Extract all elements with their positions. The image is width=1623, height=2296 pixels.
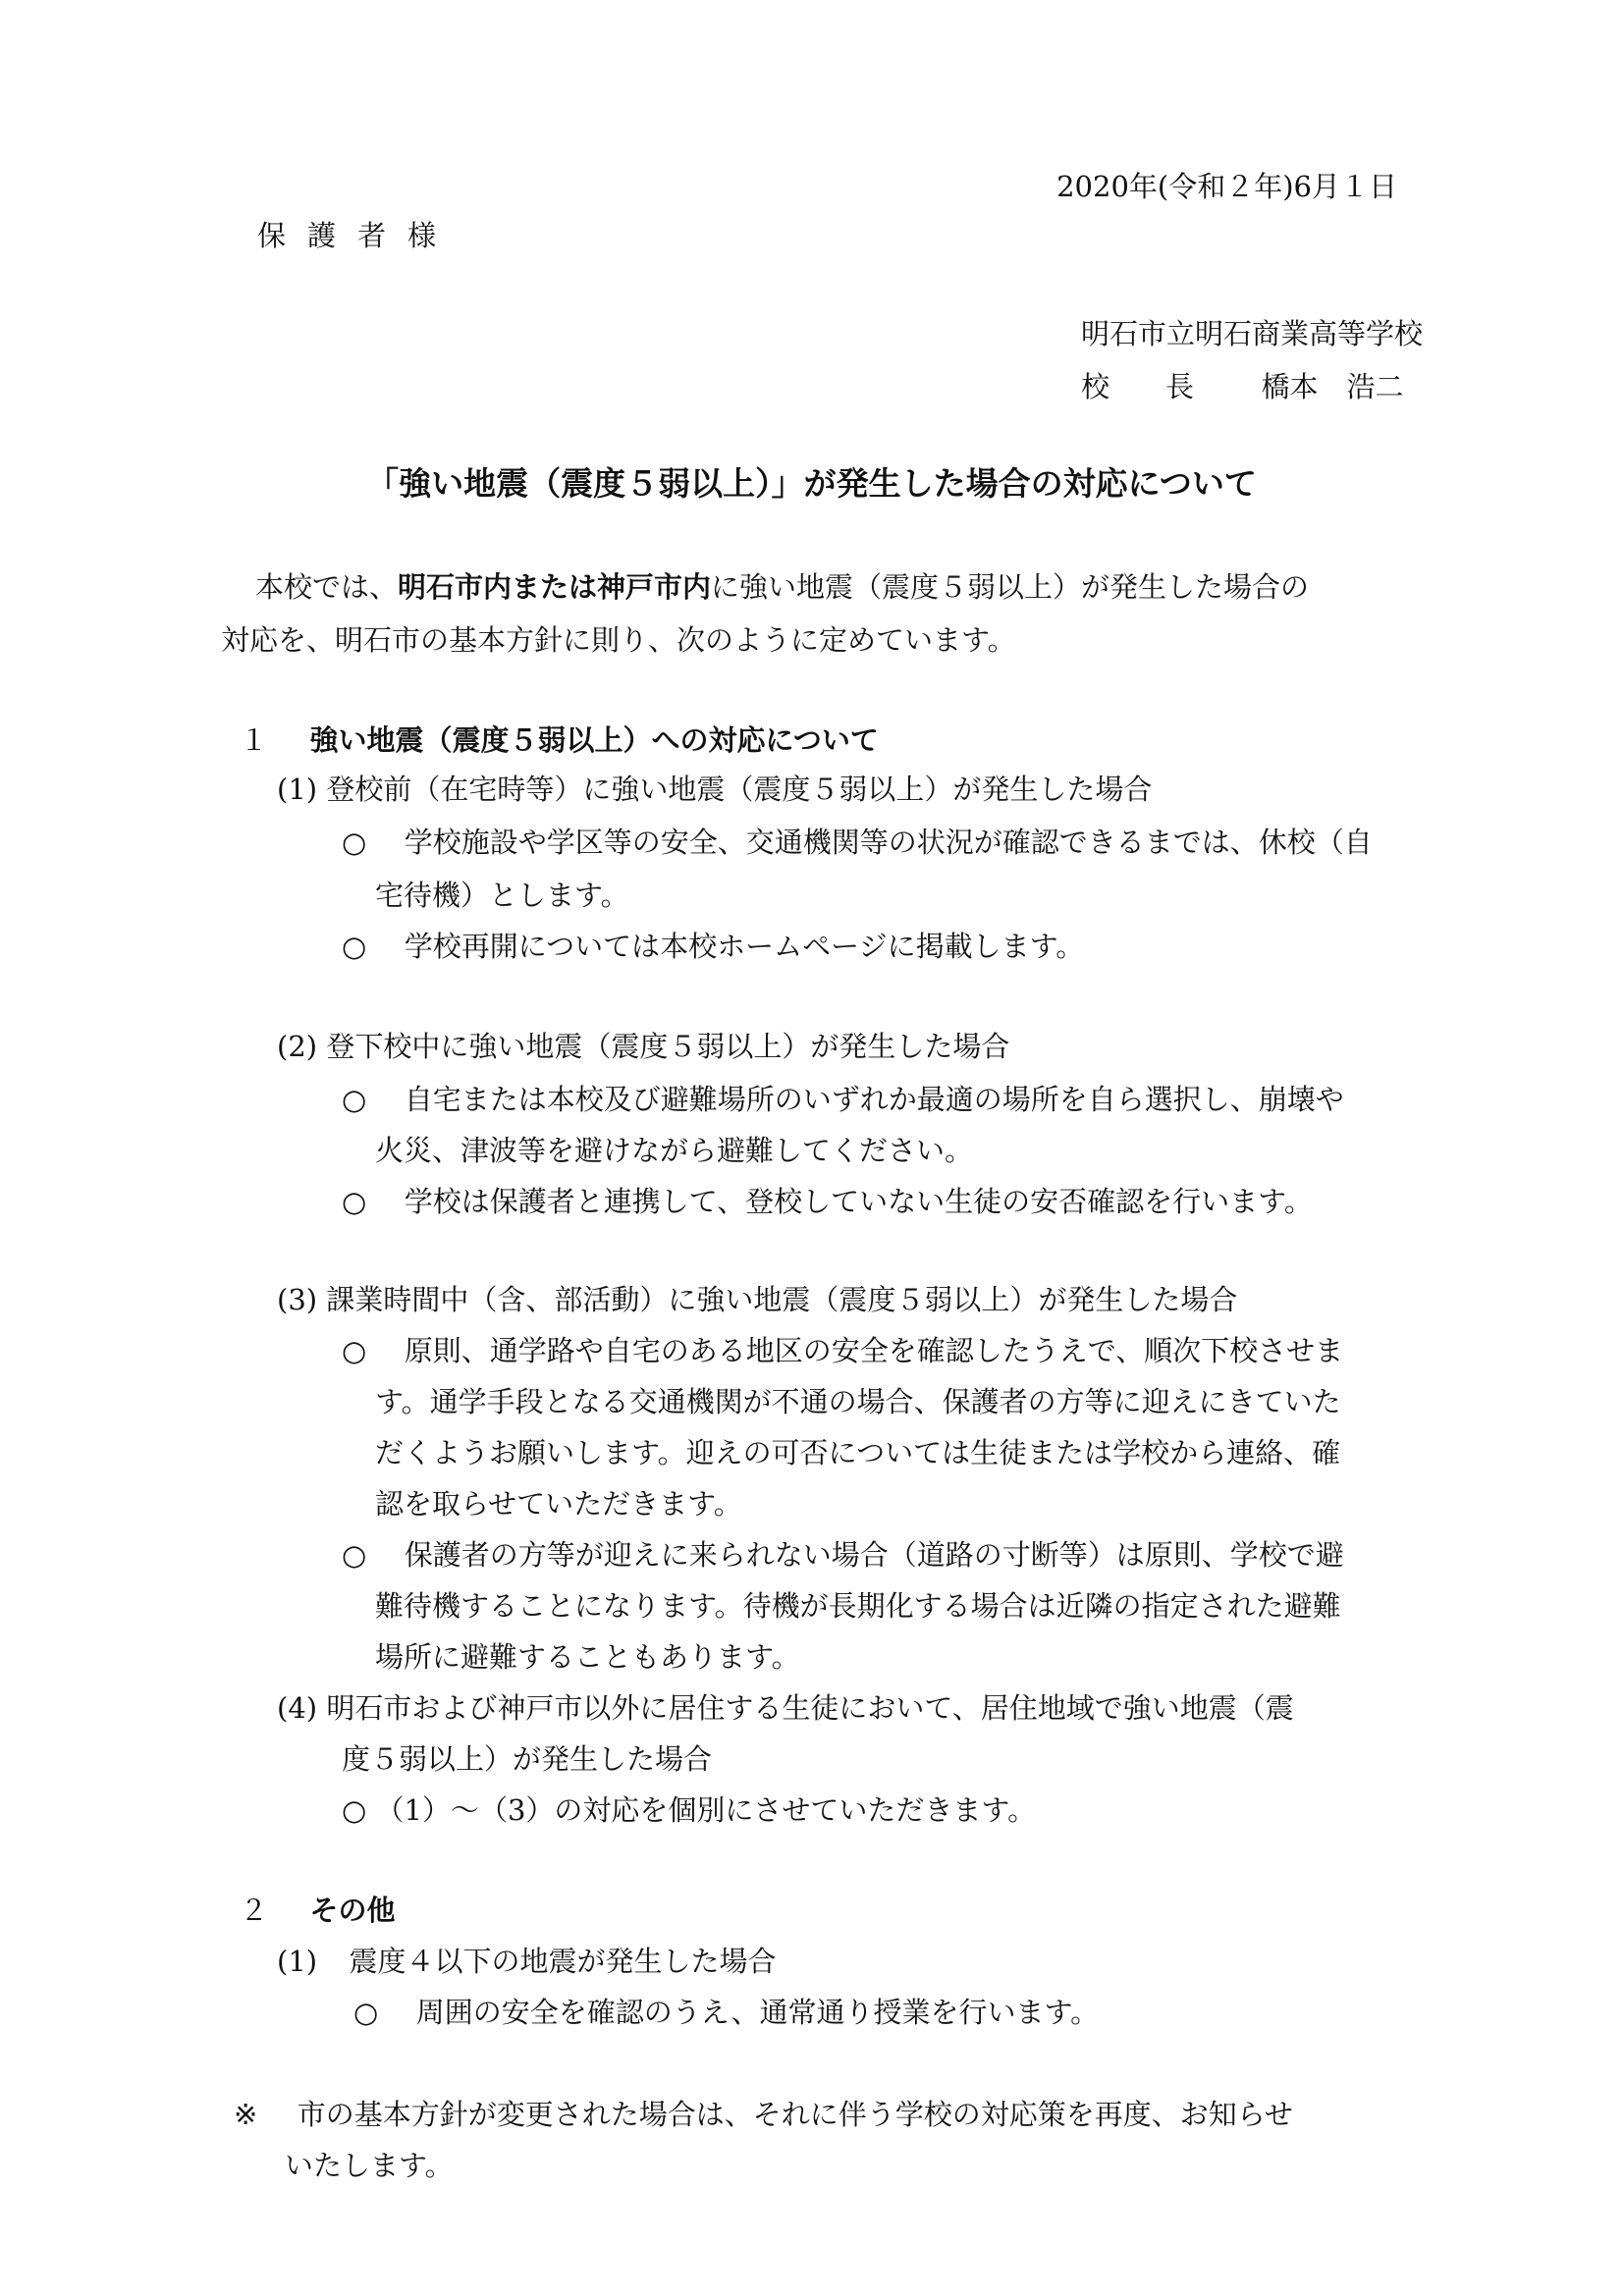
- item-text: 明石市および神戸市以外に居住する生徒において、居住地域で強い地震（震: [326, 1691, 1293, 1725]
- bullet-item: ○ 学校は保護者と連携して、登校していない生徒の安否確認を行います。: [342, 1184, 1313, 1219]
- bullet-item: ○ 保護者の方等が迎えに来られない場合（道路の寸断等）は原則、学校で避: [342, 1537, 1344, 1573]
- item-2-heading: (2) 登下校中に強い地震（震度５弱以上）が発生した場合: [277, 1029, 1009, 1064]
- intro-emphasis: 明石市内または神戸市内: [398, 570, 711, 604]
- section-number: １: [240, 723, 268, 757]
- item-label: (1): [277, 773, 317, 806]
- item-label: (3): [277, 1283, 317, 1316]
- bullet-text: 自宅または本校及び避難場所のいずれか最適の場所を自ら選択し、崩壊や: [405, 1083, 1344, 1116]
- item-text: 登下校中に強い地震（震度５弱以上）が発生した場合: [326, 1030, 1009, 1063]
- circle-bullet-icon: ○: [342, 826, 366, 859]
- section-2-heading: ２ その他: [240, 1893, 395, 1928]
- document-title: 「強い地震（震度５弱以上）」が発生した場合の対応について: [0, 466, 1623, 502]
- principal-name: 橋本 浩二: [1261, 370, 1403, 403]
- bullet-text: 原則、通学路や自宅のある地区の安全を確認したうえで、順次下校させま: [405, 1334, 1343, 1367]
- circle-bullet-icon: ○: [342, 1538, 366, 1572]
- bullet-text: （1）～（3）の対応を個別にさせていただきます。: [376, 1793, 1037, 1827]
- intro-line-1: 本校では、明石市内または神戸市内に強い地震（震度５弱以上）が発生した場合の: [255, 569, 1309, 605]
- bullet-text: 学校は保護者と連携して、登校していない生徒の安否確認を行います。: [405, 1185, 1313, 1218]
- recipient: 保護者様: [257, 218, 458, 253]
- bullet-continuation: だくようお願いします。迎えの可否については生徒または学校から連絡、確: [375, 1435, 1340, 1470]
- circle-bullet-icon: ○: [342, 1083, 366, 1116]
- item-3-heading: (3) 課業時間中（含、部活動）に強い地震（震度５弱以上）が発生した場合: [277, 1282, 1237, 1317]
- note: ※ 市の基本方針が変更された場合は、それに伴う学校の対応策を再度、お知らせ: [234, 2097, 1293, 2132]
- section-1-heading: １ 強い地震（震度５弱以上）への対応について: [240, 722, 879, 758]
- bullet-text: 学校再開については本校ホームページに掲載します。: [405, 930, 1085, 963]
- bullet-item: ○ 学校施設や学区等の安全、交通機関等の状況が確認できるまでは、休校（自: [342, 825, 1373, 860]
- bullet-text: 学校施設や学区等の安全、交通機関等の状況が確認できるまでは、休校（自: [405, 826, 1373, 859]
- bullet-item: ○ 周囲の安全を確認のうえ、通常通り授業を行います。: [353, 1995, 1099, 2030]
- bullet-item: ○ 学校再開については本校ホームページに掲載します。: [342, 929, 1084, 964]
- intro-text: 本校では、: [255, 570, 398, 604]
- circle-bullet-icon: ○: [342, 1334, 366, 1367]
- circle-bullet-icon: ○: [342, 1793, 366, 1827]
- reference-mark-icon: ※: [234, 2098, 257, 2131]
- item-text: 震度４以下の地震が発生した場合: [350, 1945, 777, 1978]
- intro-text: に強い地震（震度５弱以上）が発生した場合の: [711, 570, 1309, 604]
- note-text: 市の基本方針が変更された場合は、それに伴う学校の対応策を再度、お知らせ: [298, 2098, 1293, 2131]
- section-number: ２: [240, 1894, 268, 1927]
- bullet-continuation: 認を取らせていただきます。: [375, 1486, 742, 1522]
- section-title: その他: [309, 1894, 395, 1927]
- document-date: 2020年(令和２年)6月１日: [1056, 169, 1397, 204]
- bullet-continuation: 場所に避難することもあります。: [375, 1639, 800, 1675]
- bullet-continuation: 宅待機）とします。: [375, 878, 629, 913]
- principal-signature: 校 長 橋本 浩二: [1081, 369, 1397, 404]
- item-heading: (1) 震度４以下の地震が発生した場合: [277, 1944, 777, 1979]
- bullet-item: ○ 自宅または本校及び避難場所のいずれか最適の場所を自ら選択し、崩壊や: [342, 1082, 1344, 1117]
- principal-title: 校 長: [1081, 370, 1208, 403]
- bullet-text: 周囲の安全を確認のうえ、通常通り授業を行います。: [416, 1996, 1099, 2029]
- item-text: 登校前（在宅時等）に強い地震（震度５弱以上）が発生した場合: [326, 773, 1152, 806]
- bullet-text: 保護者の方等が迎えに来られない場合（道路の寸断等）は原則、学校で避: [405, 1538, 1344, 1572]
- bullet-continuation: す。通学手段となる交通機関が不通の場合、保護者の方等に迎えにきていた: [375, 1384, 1341, 1419]
- item-1-heading: (1) 登校前（在宅時等）に強い地震（震度５弱以上）が発生した場合: [277, 772, 1152, 807]
- circle-bullet-icon: ○: [353, 1996, 378, 2029]
- bullet-item: ○ （1）～（3）の対応を個別にさせていただきます。: [342, 1792, 1036, 1828]
- item-4-heading: (4) 明石市および神戸市以外に居住する生徒において、居住地域で強い地震（震: [277, 1690, 1294, 1726]
- bullet-item: ○ 原則、通学路や自宅のある地区の安全を確認したうえで、順次下校させま: [342, 1333, 1343, 1368]
- item-label: (4): [277, 1691, 317, 1725]
- bullet-continuation: 火災、津波等を避けながら避難してください。: [375, 1133, 973, 1168]
- circle-bullet-icon: ○: [342, 930, 366, 963]
- note-continuation: いたします。: [285, 2148, 454, 2183]
- item-text: 課業時間中（含、部活動）に強い地震（震度５弱以上）が発生した場合: [326, 1283, 1237, 1316]
- item-label: (2): [277, 1030, 317, 1063]
- bullet-continuation: 難待機することになります。待機が長期化する場合は近隣の指定された避難: [375, 1588, 1341, 1624]
- circle-bullet-icon: ○: [342, 1185, 366, 1218]
- item-label: (1): [277, 1945, 317, 1978]
- school-name: 明石市立明石商業高等学校: [1081, 316, 1423, 351]
- item-continuation: 度５弱以上）が発生した場合: [342, 1741, 712, 1777]
- intro-line-2: 対応を、明石市の基本方針に則り、次のように定めています。: [221, 622, 1016, 658]
- section-title: 強い地震（震度５弱以上）への対応について: [309, 723, 878, 757]
